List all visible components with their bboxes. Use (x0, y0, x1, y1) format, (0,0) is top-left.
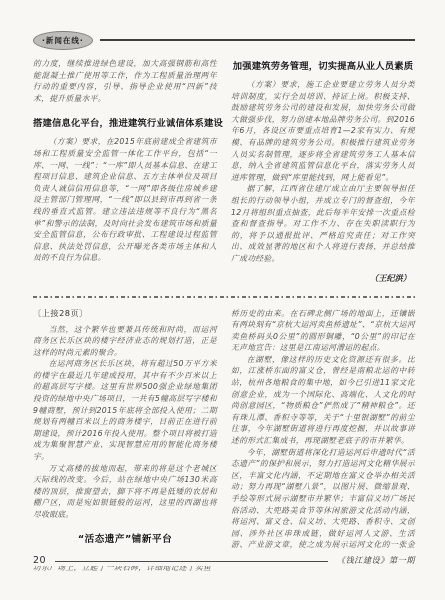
continued-section: 〔上接28页〕 当然，这个繁华也要兼具传统和时尚，而运河商务区长乐区块的楼宇经济… (33, 308, 415, 574)
carryover-paragraph: 的力度，继续推进绿色建设，加大高强钢筋和高性能混凝土推广使用等工作，作为工程质量… (33, 58, 217, 104)
news-online-badge: ·新闻在线· (33, 31, 93, 50)
footer-rule (55, 561, 328, 562)
article-paragraph: 在湖墅，像这样的历史文化资源还有很多。比如，江涨桥东面的富义仓，曾经是南粮北运的… (231, 354, 415, 447)
article-heading-labor-management: 加强建筑劳务管理，切实提高从业人员素质 (231, 58, 415, 72)
article-paragraph: 当然，这个繁华也要兼具传统和时尚，而运河商务区长乐区块的楼宇经济业态的规划打造，… (33, 324, 217, 359)
magazine-page: ·新闻在线· 的力度，继续推进绿色建设，加大高强钢筋和高性能混凝土推广使用等工作… (0, 0, 445, 600)
journal-issue-label: 《钱江建设》第一期 (337, 555, 415, 566)
top-right-column: 加强建筑劳务管理，切实提高从业人员素质 （方案）要求，施工企业要建立劳务人员分类… (231, 58, 415, 284)
author-byline: （王纪洪） (231, 273, 415, 284)
header-rule (100, 39, 415, 41)
article-paragraph: 据了解，江西省住建厅成立由厅主要领导担任组长的行动领导小组，并成立专门的督查组，… (231, 183, 415, 264)
continued-from-note: 〔上接28页〕 (33, 308, 217, 319)
page-footer: 20 《钱江建设》第一期 (33, 552, 415, 566)
article-paragraph: 今年，湖墅街道将深化打造运河后申遗时代“活态遗产”的保护和展示，努力打造运河文化… (231, 447, 415, 563)
top-left-column: 的力度，继续推进绿色建设，加大高强钢筋和高性能混凝土推广使用等工作，作为工程质量… (33, 58, 217, 284)
article-paragraph: （方案）要求，在2015年底前建成全省建筑市场和工程质量安全监管一体化工作平台，… (33, 136, 217, 264)
article-heading-credit-platform: 搭建信息化平台，推进建筑行业诚信体系建设 (33, 115, 217, 129)
dash-dot-divider (33, 296, 415, 298)
article-paragraph: 万丈高楼的拔地而起，带来的将是这个老城区天际线的改变。今后，站在绿地中央广场13… (33, 463, 217, 521)
article-paragraph: 在运河商务区长乐区块，将有超过50万平方米的楼宇在最近几年建成投用，其中有不少百… (33, 358, 217, 462)
subheading-living-heritage: “活态遗产”铺新平台 (33, 531, 217, 545)
article-paragraph: （方案）要求，施工企业要建立劳务人员分类培训制度，实行全员培训、持证上岗。积极支… (231, 79, 415, 183)
top-section: 的力度，继续推进绿色建设，加大高强钢筋和高性能混凝土推广使用等工作，作为工程质量… (33, 58, 415, 284)
page-number: 20 (33, 555, 46, 566)
article-paragraph: 桥历史的由来。在石碑北侧广场的地面上，还镶嵌有两块刻有“京杭大运河卖鱼桥遗址”、… (231, 308, 415, 354)
section-header: ·新闻在线· (33, 30, 415, 50)
bottom-right-column: 桥历史的由来。在石碑北侧广场的地面上，还镶嵌有两块刻有“京杭大运河卖鱼桥遗址”、… (231, 308, 415, 574)
bottom-left-column: 〔上接28页〕 当然，这个繁华也要兼具传统和时尚，而运河商务区长乐区块的楼宇经济… (33, 308, 217, 574)
